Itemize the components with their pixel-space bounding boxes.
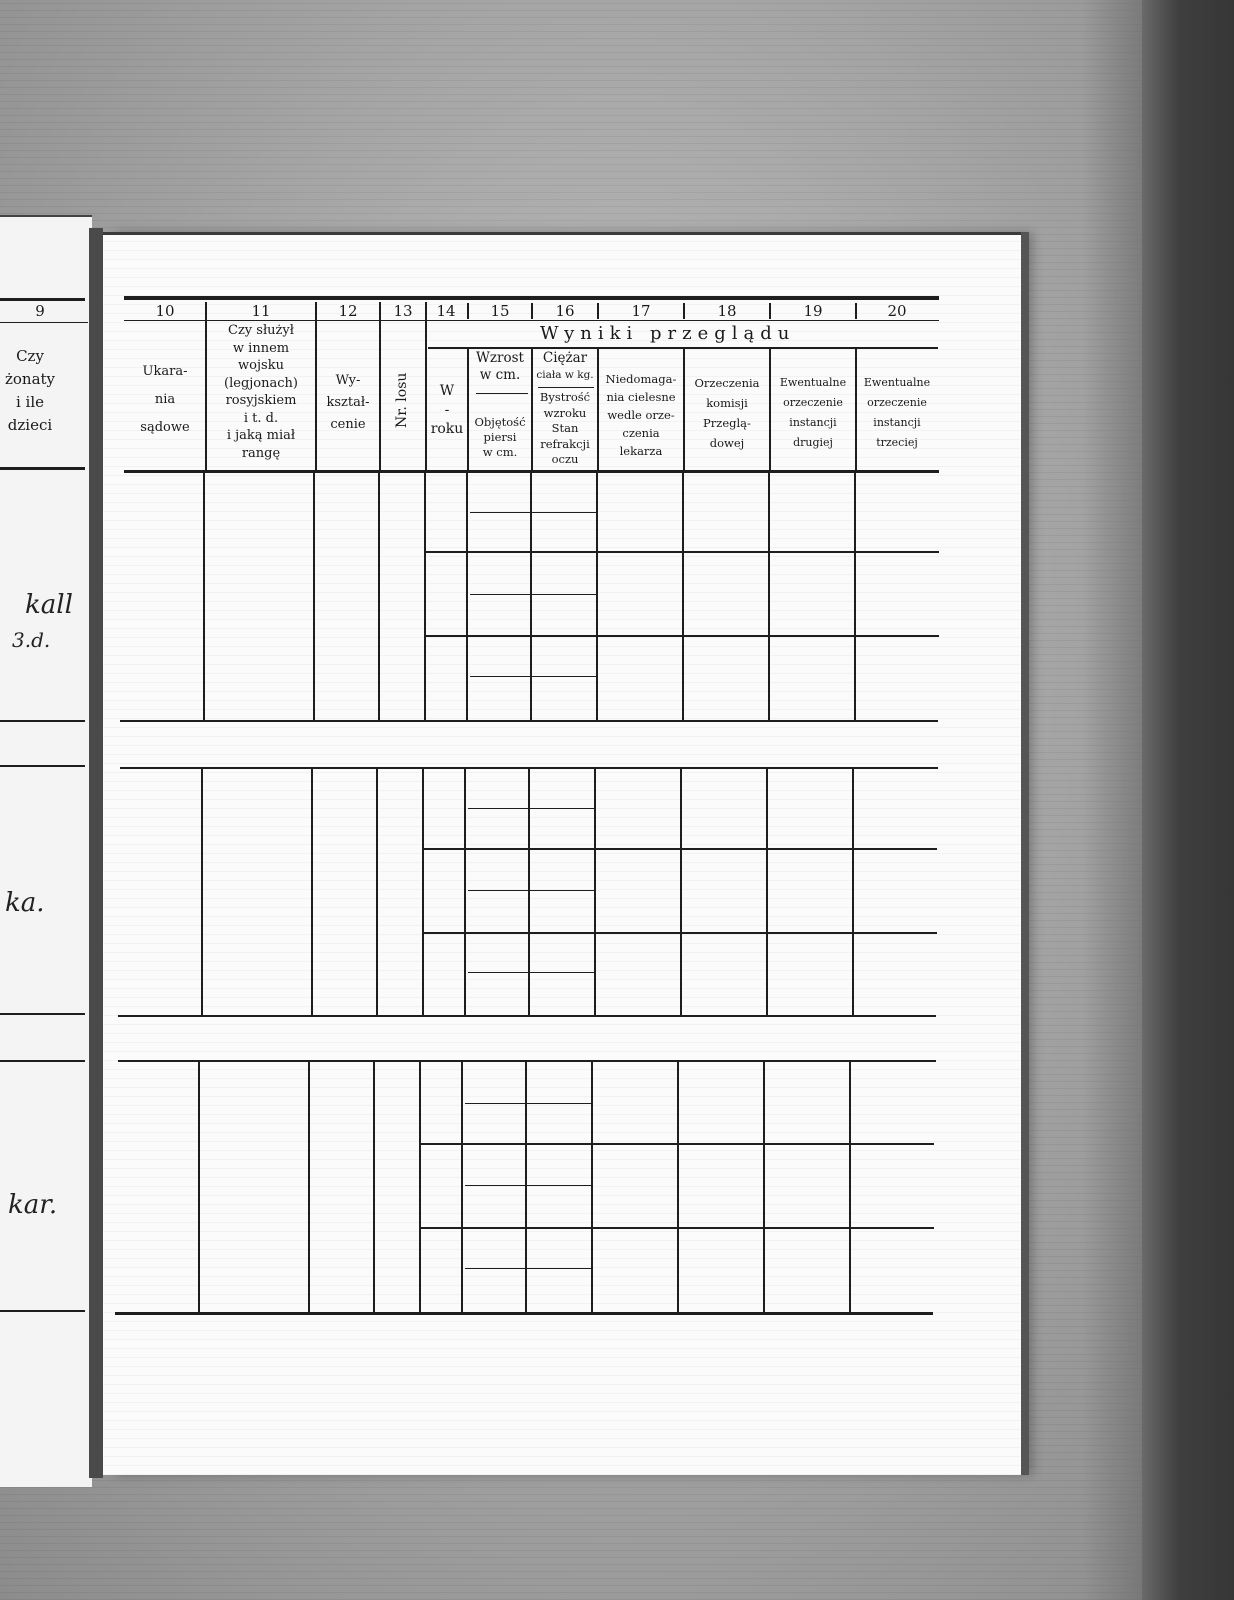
column-number-9: 9 [10,302,70,320]
row-col-line [466,473,468,720]
column-header-17: Niedomaga- nia cielesne wedle orze- czen… [598,370,684,460]
subrow-thin-rule [465,1185,591,1186]
row-bottom-rule [120,720,938,722]
column-header-15-top: Wzrost w cm. [468,350,532,384]
book-spine [89,228,103,1478]
header-col-line [379,302,381,470]
column-header-19: Ewentualne orzeczenie instancji drugiej [770,373,856,453]
left-row-rule [0,1060,85,1062]
header-col-line [683,349,685,470]
column-header-20: Ewentualne orzeczenie instancji trzeciej [856,373,938,453]
header-col-line [597,349,599,470]
row-bottom-rule [118,1015,936,1017]
column-number-18: 18 [684,302,770,320]
row-col-line [594,769,596,1015]
scan-shadow [1082,0,1142,1600]
column-header-15-bottom: Objętość piersi w cm. [468,415,532,460]
number-tick [467,303,469,319]
column-number-16: 16 [532,302,598,320]
row-col-line [680,769,682,1015]
subrow-thin-rule [470,676,596,677]
subheader-divider [476,393,528,394]
column-number-10: 10 [124,302,206,320]
row-col-line [373,1062,375,1312]
row-col-line [682,473,684,720]
subrow-thin-rule [465,1103,591,1104]
subrow-rule [425,551,939,553]
row-col-line [461,1062,463,1312]
subrow-rule [420,1227,934,1229]
header-col-line [467,349,469,470]
row-col-line [525,1062,527,1312]
subrow-thin-rule [468,890,594,891]
scan-dark-edge [1142,0,1234,1600]
column-header-18: Orzeczenia komisji Przeglą- dowej [684,373,770,453]
left-top-rule [0,298,85,301]
row-col-line [201,769,203,1015]
subrow-rule [423,932,937,934]
header-col-line [315,302,317,470]
row-col-line [424,473,426,720]
number-tick [597,303,599,319]
column-header-12: Wy- kształ- cenie [316,370,380,436]
column-number-12: 12 [316,302,380,320]
subrow-rule [425,635,939,637]
row-col-line [203,473,205,720]
subrow-thin-rule [470,594,596,595]
column-header-10: Ukara- nia sądowe [124,358,206,442]
column-header-9: Czy żonaty i ile dzieci [0,345,60,437]
number-tick [769,303,771,319]
row-top-rule [118,1060,936,1062]
left-row-rule [0,1310,85,1312]
row-col-line [313,473,315,720]
row-col-line [677,1062,679,1312]
row-col-line [530,473,532,720]
row-col-line [852,769,854,1015]
column-header-14: W - roku [426,382,468,439]
group-header-wyniki-przegladu: Wyniki przeglądu [540,323,795,344]
subrow-thin-rule [465,1268,591,1269]
row-col-line [419,1062,421,1312]
column-header-16-top: Ciężar ciała w kg. [532,350,598,384]
subrow-rule [423,848,937,850]
row-col-line [768,473,770,720]
row-col-line [528,769,530,1015]
column-number-20: 20 [856,302,938,320]
row-col-line [198,1062,200,1312]
row-col-line [854,473,856,720]
header-col-line [769,349,771,470]
number-tick [855,303,857,319]
column-number-19: 19 [770,302,856,320]
number-row-rule [124,320,939,321]
column-header-16-bottom: Bystrość wzroku Stan refrakcji oczu [532,390,598,468]
row-col-line [311,769,313,1015]
column-number-11: 11 [206,302,316,320]
header-col-line [205,302,207,470]
handwritten-entry: ka. [5,888,45,918]
subrow-thin-rule [468,808,594,809]
row-col-line [766,769,768,1015]
handwritten-entry: kar. [8,1190,57,1220]
row-col-line [763,1062,765,1312]
row-col-line [591,1062,593,1312]
left-row-rule [0,1013,85,1015]
row-col-line [596,473,598,720]
column-header-11: Czy służył w innem wojsku (legjonach) ro… [206,322,316,462]
left-row-rule [0,765,85,767]
column-number-17: 17 [598,302,684,320]
header-col-line [855,349,857,470]
left-rule [0,322,88,323]
subheader-divider [538,387,594,388]
header-col-line [425,302,427,470]
handwritten-entry: kall [25,590,73,620]
subrow-rule [420,1143,934,1145]
row-col-line [464,769,466,1015]
column-number-15: 15 [468,302,532,320]
number-tick [531,303,533,319]
row-col-line [378,473,380,720]
column-number-13: 13 [380,302,426,320]
table-bottom-rule [115,1312,933,1315]
table-top-rule [124,296,939,300]
subrow-thin-rule [470,512,596,513]
column-number-14: 14 [426,302,466,320]
handwritten-entry: 3.d. [12,628,50,652]
left-header-bottom-rule [0,467,85,470]
row-col-line [849,1062,851,1312]
row-col-line [308,1062,310,1312]
subrow-thin-rule [468,972,594,973]
left-row-rule [0,720,85,722]
header-col-line [531,349,533,470]
row-col-line [376,769,378,1015]
number-tick [683,303,685,319]
column-header-13: Nr. losu [394,373,410,428]
row-col-line [422,769,424,1015]
